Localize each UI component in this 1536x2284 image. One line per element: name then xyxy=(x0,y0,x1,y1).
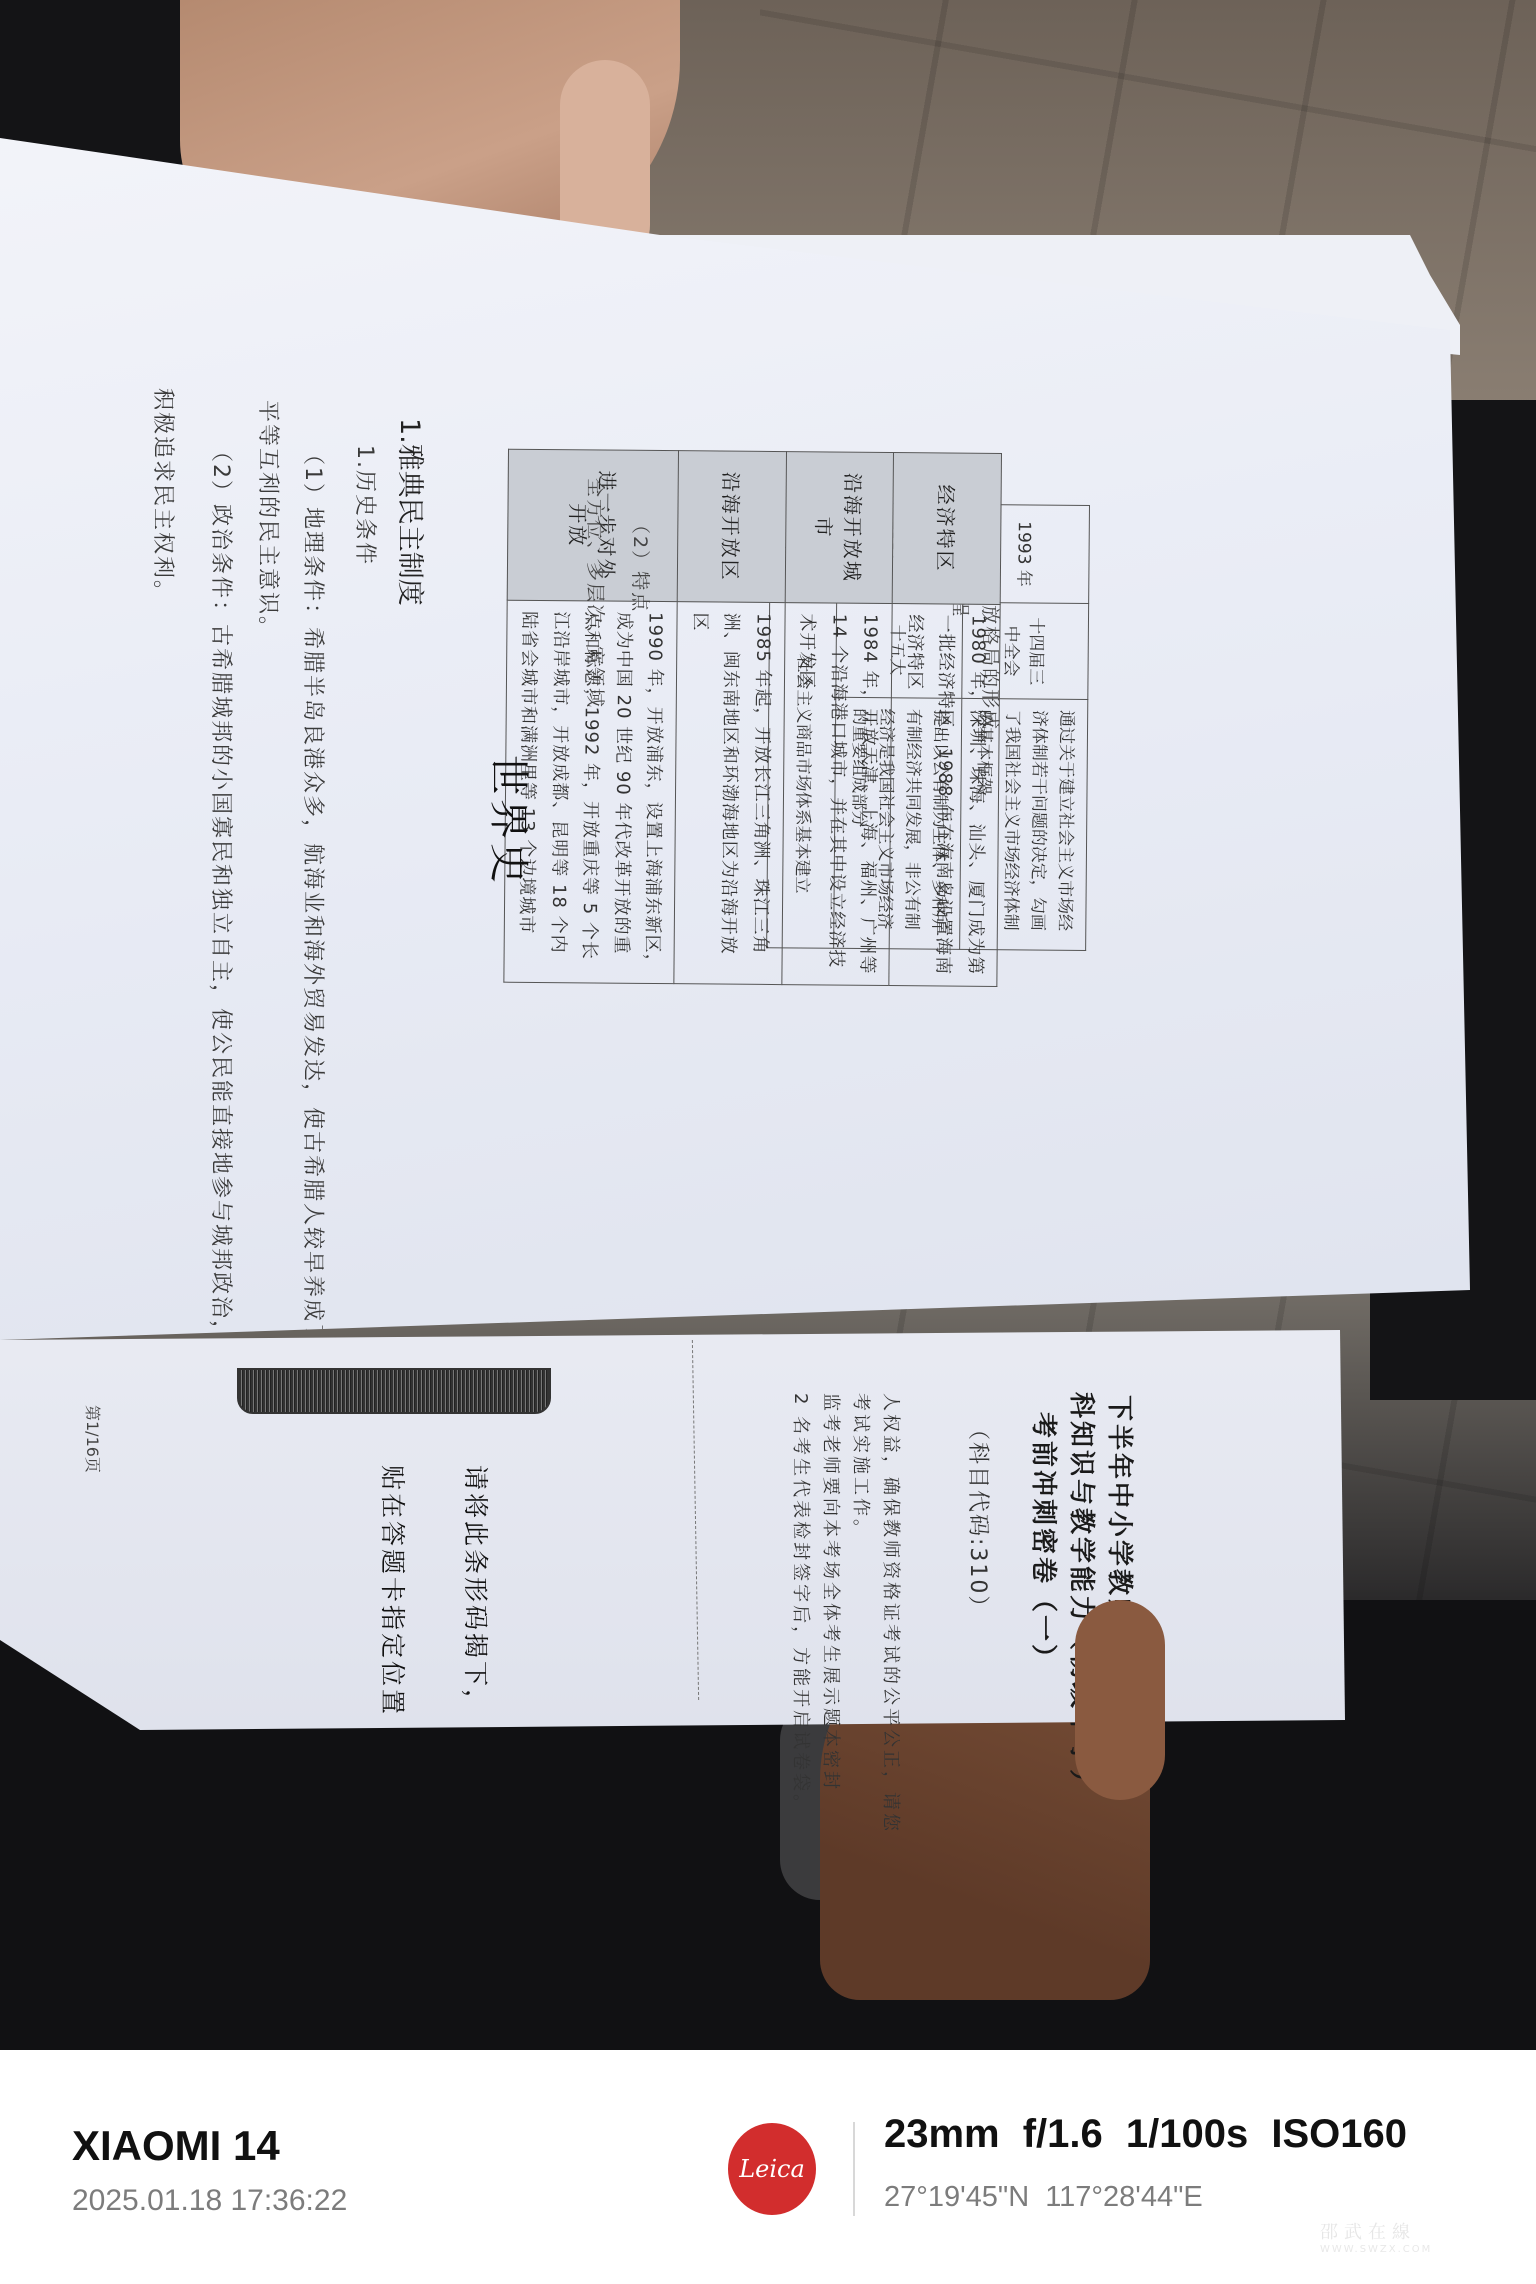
capture-datetime: 2025.01.18 17:36:22 xyxy=(72,2184,347,2218)
divider xyxy=(853,2122,855,2216)
document-photo: 1993 年 十四届三中全会 通过关于建立社会主义市场经济体制若干问题的决定，勾… xyxy=(0,0,1536,2050)
leica-logo-text: Leica xyxy=(739,2155,805,2183)
exam-note: 2 名考生代表检封签字后，方能开启试卷袋。 xyxy=(789,1393,815,1815)
table-row: 沿海开放区 1985 年起，开放长江三角洲、珠江三角洲、闽东南地区和环渤海地区为… xyxy=(674,451,786,985)
geo-condition: （1）地理条件：希腊半岛良港众多，航海业和海外贸易发达，使古希腊人较早养成了 xyxy=(299,443,330,1347)
opening-up-table: 经济特区 1980 年，深圳、珠海、汕头、厦门成为第一批经济特区。1988 年在… xyxy=(503,449,1002,987)
political-condition: （2）政治条件：古希腊城邦的小国寡民和独立自主，使公民能直接地参与城邦政治， xyxy=(207,440,238,1344)
lower-page xyxy=(0,1300,1536,1730)
table-row: 经济特区 1980 年，深圳、珠海、汕头、厦门成为第一批经济特区。1988 年在… xyxy=(889,453,1001,987)
world-history-title: 世界史 xyxy=(483,755,540,887)
exam-note: 监考老师要向本考场全体考生展示题本密封 xyxy=(819,1393,845,1792)
barcode-strip xyxy=(237,1368,551,1414)
device-model: XIAOMI 14 xyxy=(72,2122,280,2170)
subject-code: （科目代码:310） xyxy=(964,1418,995,1619)
barcode-instruction: 贴在答题卡指定位置 xyxy=(376,1465,412,1717)
exam-note: 考试实施工作。 xyxy=(849,1393,875,1540)
site-watermark: 邵武在線 WWW.SWZX.COM xyxy=(1320,2218,1432,2255)
leica-logo-icon: Leica xyxy=(728,2123,816,2215)
page-number: 第1/16页 xyxy=(82,1405,105,1473)
table-row: 沿海开放城市 1984 年，开放天津、上海、福州、广州等 14 个沿海港口城市，… xyxy=(782,452,894,986)
exif-settings: 23mm f/1.6 1/100s ISO160 xyxy=(884,2112,1407,2157)
thumb-bottom xyxy=(1075,1600,1165,1800)
history-conditions: 1.历史条件 xyxy=(351,445,382,566)
athens-heading: 1.雅典民主制度 xyxy=(393,418,432,606)
watermark-text: 邵武在線 xyxy=(1320,2222,1416,2243)
features-label: （2）特点 xyxy=(628,515,655,613)
exam-note: 人权益，确保教师资格证考试的公平公正，请您 xyxy=(879,1393,905,1834)
watermark-url: WWW.SWZX.COM xyxy=(1320,2244,1432,2255)
political-condition-cont: 积极追求民主权利。 xyxy=(149,388,180,604)
exam-title-line3: 考前冲刺密卷（一） xyxy=(1027,1412,1064,1673)
barcode-instruction: 请将此条形码揭下， xyxy=(459,1465,495,1717)
gps-coordinates: 27°19'45"N 117°28'44"E xyxy=(884,2181,1203,2214)
features-text: 全方位、多层次、宽领域 xyxy=(583,478,610,709)
geo-condition-cont: 平等互利的民主意识。 xyxy=(254,400,285,640)
